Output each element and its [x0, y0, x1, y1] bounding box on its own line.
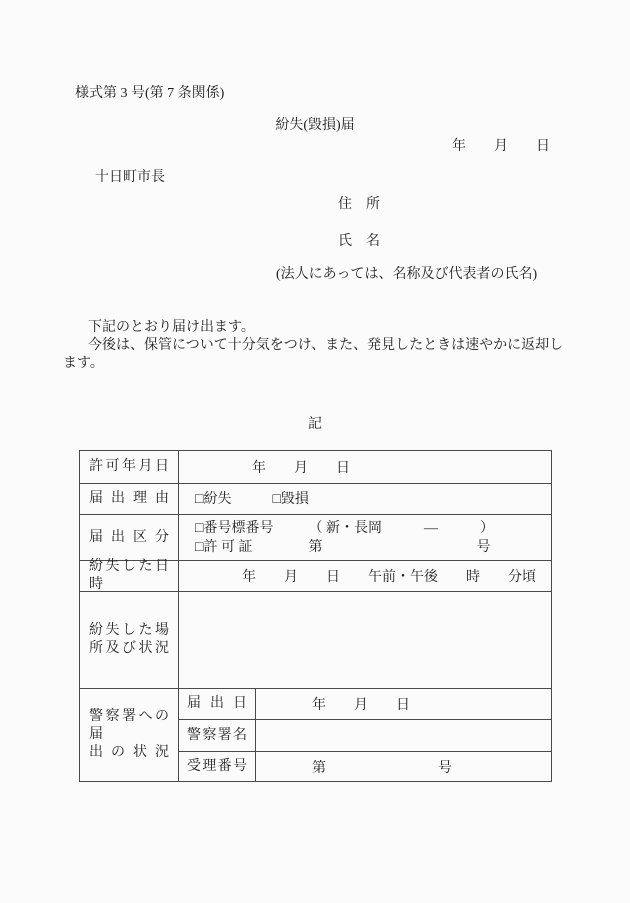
row-label-police-report: 警察署への届 出の状況	[80, 689, 179, 781]
row-value-report-reason: □紛失□毀損	[179, 484, 551, 514]
addressee: 十日町市長	[95, 166, 165, 186]
name-label: 氏 名	[338, 230, 380, 250]
subrow-receipt-number: 受理番号 第 号	[179, 751, 551, 781]
subrow-report-date: 届出日 年 月 日	[179, 689, 551, 719]
body-line-2: 今後は、保管について十分気をつけ、また、発見したときは速やかに返却し	[63, 337, 563, 355]
row-value-permit-date: 年 月 日	[179, 451, 551, 483]
subrow-label-receipt-number: 受理番号	[179, 752, 256, 781]
document-page: 様式第 3 号(第 7 条関係) 紛失(毀損)届 年 月 日 十日町市長 住 所…	[0, 0, 630, 903]
row-value-report-category: □番号標番号 （ 新・長岡 ― ） □許 可 証 第 号	[179, 515, 551, 560]
table-row-permit-date: 許可年月日 年 月 日	[80, 451, 551, 483]
checkbox-option-lost: □紛失	[195, 492, 231, 507]
body-line-3: ます。	[63, 355, 563, 373]
row-label-report-category: 届出区分	[80, 515, 179, 560]
body-paragraph: 下記のとおり届け出ます。 今後は、保管について十分気をつけ、また、発見したときは…	[63, 319, 563, 373]
date-line: 年 月 日	[0, 135, 550, 155]
subrow-value-police-station	[256, 720, 551, 751]
row-label-lost-datetime: 紛失した日時	[80, 561, 179, 591]
subrow-value-report-date: 年 月 日	[256, 689, 551, 719]
body-line-1: 下記のとおり届け出ます。	[63, 319, 563, 337]
corporate-note: (法人にあっては、名称及び代表者の氏名)	[276, 263, 537, 283]
police-report-subtable: 届出日 年 月 日 警察署名 受理番号 第 号	[179, 689, 551, 781]
table-row-report-category: 届出区分 □番号標番号 （ 新・長岡 ― ） □許 可 証 第 号	[80, 514, 551, 560]
row-value-lost-datetime: 年 月 日 午前・午後 時 分頃	[179, 561, 551, 591]
subrow-police-station: 警察署名	[179, 719, 551, 751]
table-row-report-reason: 届出理由 □紛失□毀損	[80, 483, 551, 514]
row-label-lost-place: 紛失した場 所及び状況	[80, 592, 179, 688]
address-label: 住 所	[338, 193, 380, 213]
section-marker-ki: 記	[0, 413, 630, 433]
row-label-report-reason: 届出理由	[80, 484, 179, 514]
table-row-lost-place: 紛失した場 所及び状況	[80, 591, 551, 688]
subrow-label-police-station: 警察署名	[179, 720, 256, 751]
subrow-value-receipt-number: 第 号	[256, 752, 551, 781]
form-table: 許可年月日 年 月 日 届出理由 □紛失□毀損 届出区分 □番号標番号 （ 新・…	[79, 450, 552, 782]
row-value-lost-place	[179, 592, 551, 688]
subrow-label-report-date: 届出日	[179, 689, 256, 719]
row-label-permit-date: 許可年月日	[80, 451, 179, 483]
table-row-police-report: 警察署への届 出の状況 届出日 年 月 日 警察署名	[80, 688, 551, 781]
document-title: 紛失(毀損)届	[0, 114, 630, 134]
category-option-plate-number: □番号標番号 （ 新・長岡 ― ）	[195, 519, 551, 538]
checkbox-option-damaged: □毀損	[272, 492, 308, 507]
table-row-lost-datetime: 紛失した日時 年 月 日 午前・午後 時 分頃	[80, 560, 551, 591]
form-number: 様式第 3 号(第 7 条関係)	[75, 82, 224, 102]
category-option-permit: □許 可 証 第 号	[195, 538, 551, 557]
